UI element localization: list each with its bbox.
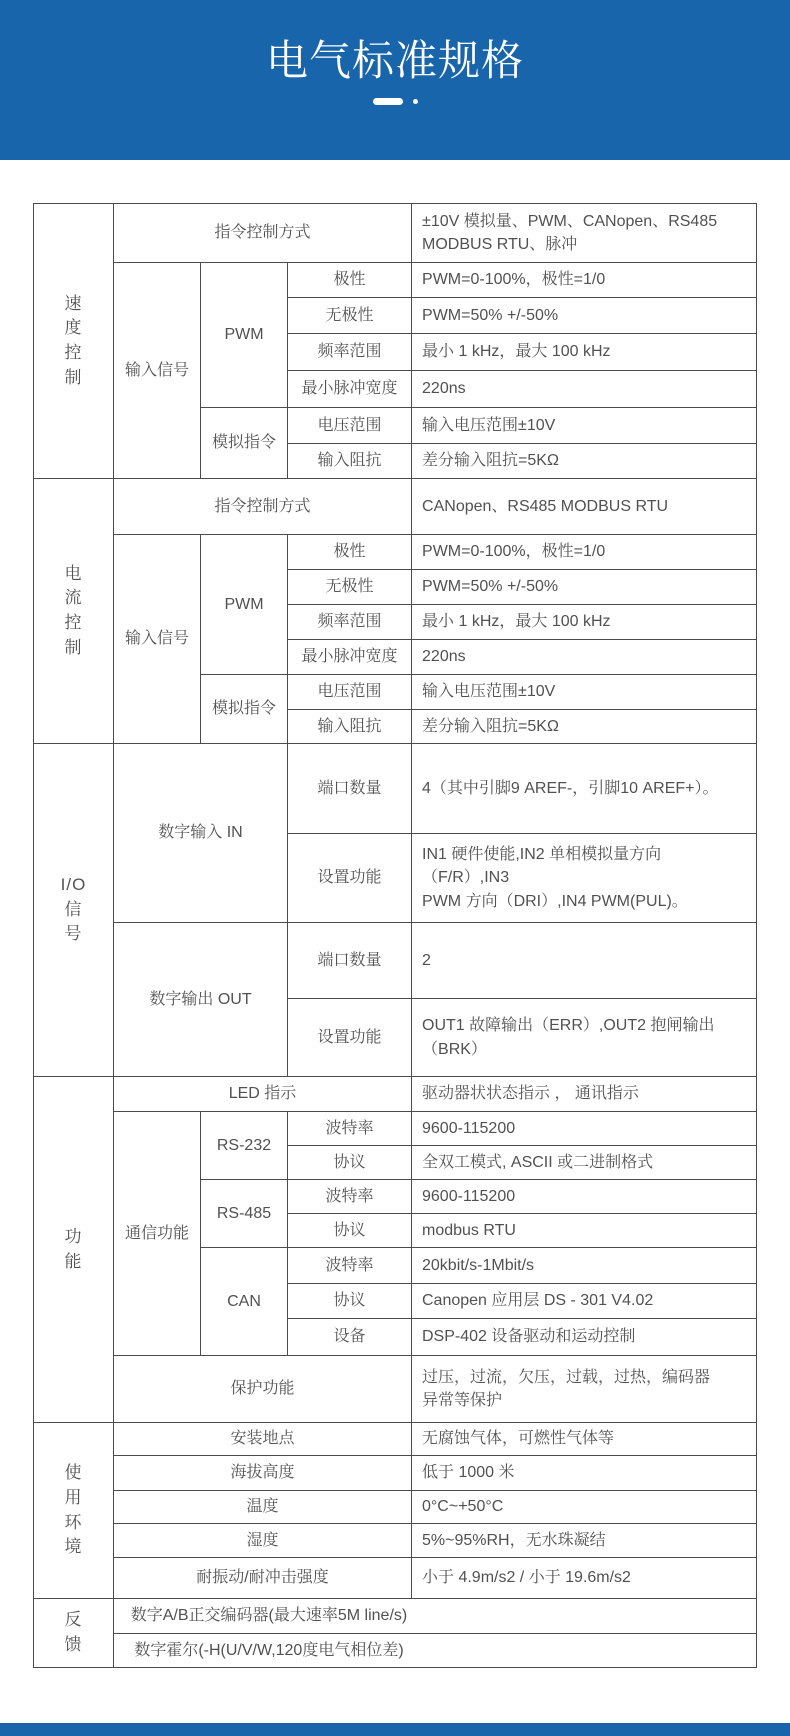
spec-table-function: 功 能 LED 指示 驱动器状状态指示 ， 通讯指示 通信功能 RS-232 波… — [33, 1076, 757, 1423]
group-label-digital-in: 数字输入 IN — [114, 744, 288, 923]
table-row: 数字输出 OUT 端口数量 2 — [34, 923, 757, 999]
group-label-pwm: PWM — [201, 263, 288, 408]
row-value: CANopen、RS485 MODBUS RTU — [412, 479, 757, 535]
row-label: 电压范围 — [288, 675, 412, 710]
table-row: 保护功能 过压，过流，欠压，过载，过热，编码器 异常等保护 — [34, 1356, 757, 1423]
group-label-pwm: PWM — [201, 535, 288, 675]
table-row: 功 能 LED 指示 驱动器状状态指示 ， 通讯指示 — [34, 1077, 757, 1112]
row-value: Canopen 应用层 DS - 301 V4.02 — [412, 1284, 757, 1319]
row-value: modbus RTU — [412, 1214, 757, 1248]
row-value: 4（其中引脚9 AREF-，引脚10 AREF+）。 — [412, 744, 757, 834]
row-value: IN1 硬件使能,IN2 单相模拟量方向 （F/R）,IN3 PWM 方向（DR… — [412, 834, 757, 923]
section-label-io-signal: I/O 信 号 — [34, 744, 114, 1077]
row-value: 9600-115200 — [412, 1180, 757, 1214]
bottom-accent-strip — [0, 1723, 790, 1736]
group-label-digital-out: 数字输出 OUT — [114, 923, 288, 1077]
section-label-feedback: 反 馈 — [34, 1599, 114, 1668]
row-label: 波特率 — [288, 1180, 412, 1214]
row-value: 驱动器状状态指示 ， 通讯指示 — [412, 1077, 757, 1112]
row-value: 输入电压范围±10V — [412, 408, 757, 444]
row-label: 最小脉冲宽度 — [288, 640, 412, 675]
row-label: 海拔高度 — [114, 1456, 412, 1491]
row-value: 2 — [412, 923, 757, 999]
table-row: I/O 信 号 数字输入 IN 端口数量 4（其中引脚9 AREF-，引脚10 … — [34, 744, 757, 834]
group-label-rs485: RS-485 — [201, 1180, 288, 1248]
spec-table-current-control: 电 流 控 制 指令控制方式 CANopen、RS485 MODBUS RTU … — [33, 478, 757, 744]
row-label: 无极性 — [288, 298, 412, 334]
row-label: 端口数量 — [288, 923, 412, 999]
group-label-communication: 通信功能 — [114, 1112, 201, 1356]
row-value: 差分输入阻抗=5KΩ — [412, 710, 757, 744]
table-row: 通信功能 RS-232 波特率 9600-115200 — [34, 1112, 757, 1146]
spec-table-environment: 使 用 环 境 安装地点 无腐蚀气体，可燃性气体等 海拔高度 低于 1000 米… — [33, 1422, 757, 1599]
row-value: 过压，过流，欠压，过载，过热，编码器 异常等保护 — [412, 1356, 757, 1423]
section-label-current-control: 电 流 控 制 — [34, 479, 114, 744]
section-label-speed-control: 速 度 控 制 — [34, 204, 114, 479]
row-label: 输入阻抗 — [288, 710, 412, 744]
feedback-row-text: 数字霍尔(-H(U/V/W,120度电气相位差) — [114, 1639, 424, 1662]
table-row: 速 度 控 制 指令控制方式 ±10V 模拟量、PWM、CANopen、RS48… — [34, 204, 757, 263]
row-value: PWM=0-100%，极性=1/0 — [412, 263, 757, 298]
row-value: 输入电压范围±10V — [412, 675, 757, 710]
table-row: 数字霍尔(-H(U/V/W,120度电气相位差) — [34, 1634, 757, 1668]
spec-tables: 速 度 控 制 指令控制方式 ±10V 模拟量、PWM、CANopen、RS48… — [33, 203, 757, 1668]
spec-table-speed-control: 速 度 控 制 指令控制方式 ±10V 模拟量、PWM、CANopen、RS48… — [33, 203, 757, 479]
row-value: 小于 4.9m/s2 / 小于 19.6m/s2 — [412, 1558, 757, 1599]
table-row: 输入信号 PWM 极性 PWM=0-100%，极性=1/0 — [34, 263, 757, 298]
table-row: 耐振动/耐冲击强度 小于 4.9m/s2 / 小于 19.6m/s2 — [34, 1558, 757, 1599]
group-label-can: CAN — [201, 1248, 288, 1356]
table-row: 输入信号 PWM 极性 PWM=0-100%，极性=1/0 — [34, 535, 757, 570]
group-label-rs232: RS-232 — [201, 1112, 288, 1180]
group-label-input-signal: 输入信号 — [114, 263, 201, 479]
row-value: 最小 1 kHz，最大 100 kHz — [412, 605, 757, 640]
row-label: 设备 — [288, 1319, 412, 1356]
row-label: 温度 — [114, 1491, 412, 1524]
row-value: DSP-402 设备驱动和运动控制 — [412, 1319, 757, 1356]
row-label: 极性 — [288, 263, 412, 298]
row-value: 220ns — [412, 371, 757, 408]
row-label: 无极性 — [288, 570, 412, 605]
spec-table-feedback: 反 馈 数字A/B正交编码器(最大速率5M line/s) 数字霍尔(-H(U/… — [33, 1598, 757, 1668]
row-label: 最小脉冲宽度 — [288, 371, 412, 408]
feedback-row-text: 数字A/B正交编码器(最大速率5M line/s) — [114, 1604, 424, 1627]
row-label: 指令控制方式 — [114, 204, 412, 263]
row-label: 安装地点 — [114, 1423, 412, 1456]
table-row: 反 馈 数字A/B正交编码器(最大速率5M line/s) — [34, 1599, 757, 1634]
row-label: 协议 — [288, 1214, 412, 1248]
row-label: 湿度 — [114, 1524, 412, 1558]
row-label: LED 指示 — [114, 1077, 412, 1112]
row-label: 设置功能 — [288, 834, 412, 923]
row-value: 9600-115200 — [412, 1112, 757, 1146]
table-row: 温度 0°C~+50°C — [34, 1491, 757, 1524]
group-label-analog-command: 模拟指令 — [201, 408, 288, 479]
row-value: 220ns — [412, 640, 757, 675]
feedback-row: 数字A/B正交编码器(最大速率5M line/s) — [114, 1599, 757, 1634]
row-label: 输入阻抗 — [288, 444, 412, 479]
table-row: 电 流 控 制 指令控制方式 CANopen、RS485 MODBUS RTU — [34, 479, 757, 535]
spec-table-io-signal: I/O 信 号 数字输入 IN 端口数量 4（其中引脚9 AREF-，引脚10 … — [33, 743, 757, 1077]
row-value: 20kbit/s-1Mbit/s — [412, 1248, 757, 1284]
row-value: ±10V 模拟量、PWM、CANopen、RS485 MODBUS RTU、脉冲 — [412, 204, 757, 263]
row-label: 保护功能 — [114, 1356, 412, 1423]
row-value: 全双工模式, ASCII 或二进制格式 — [412, 1146, 757, 1180]
row-value: PWM=50% +/-50% — [412, 570, 757, 605]
row-label: 电压范围 — [288, 408, 412, 444]
row-label: 波特率 — [288, 1112, 412, 1146]
row-label: 协议 — [288, 1284, 412, 1319]
row-label: 频率范围 — [288, 605, 412, 640]
row-value: OUT1 故障输出（ERR）,OUT2 抱闸输出 （BRK） — [412, 999, 757, 1077]
row-value: PWM=0-100%，极性=1/0 — [412, 535, 757, 570]
title-decoration — [0, 93, 790, 103]
table-row: 使 用 环 境 安装地点 无腐蚀气体，可燃性气体等 — [34, 1423, 757, 1456]
row-value: PWM=50% +/-50% — [412, 298, 757, 334]
row-value: 5%~95%RH，无水珠凝结 — [412, 1524, 757, 1558]
dot-decoration — [413, 99, 418, 104]
row-value: 无腐蚀气体，可燃性气体等 — [412, 1423, 757, 1456]
table-row: 海拔高度 低于 1000 米 — [34, 1456, 757, 1491]
dash-decoration — [373, 98, 403, 105]
row-value: 最小 1 kHz，最大 100 kHz — [412, 334, 757, 371]
page-header: 电气标准规格 — [0, 0, 790, 160]
feedback-row: 数字霍尔(-H(U/V/W,120度电气相位差) — [114, 1634, 757, 1668]
page-title: 电气标准规格 — [0, 0, 790, 84]
group-label-analog-command: 模拟指令 — [201, 675, 288, 744]
row-label: 极性 — [288, 535, 412, 570]
row-label: 频率范围 — [288, 334, 412, 371]
row-label: 协议 — [288, 1146, 412, 1180]
row-label: 设置功能 — [288, 999, 412, 1077]
row-value: 0°C~+50°C — [412, 1491, 757, 1524]
row-label: 指令控制方式 — [114, 479, 412, 535]
row-label: 波特率 — [288, 1248, 412, 1284]
row-value: 差分输入阻抗=5KΩ — [412, 444, 757, 479]
row-value: 低于 1000 米 — [412, 1456, 757, 1491]
section-label-function: 功 能 — [34, 1077, 114, 1423]
row-label: 耐振动/耐冲击强度 — [114, 1558, 412, 1599]
section-label-environment: 使 用 环 境 — [34, 1423, 114, 1599]
row-label: 端口数量 — [288, 744, 412, 834]
group-label-input-signal: 输入信号 — [114, 535, 201, 744]
table-row: 湿度 5%~95%RH，无水珠凝结 — [34, 1524, 757, 1558]
